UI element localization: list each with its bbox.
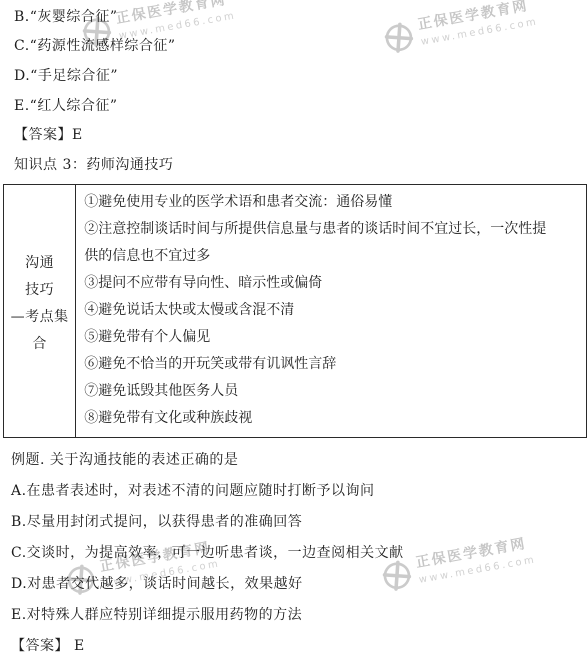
document-page: 正保医学教育网 www.med66.com 正保医学教育网 www.med66.…	[0, 0, 587, 654]
table-point-3: ③提问不应带有导向性、暗示性或偏倚	[84, 270, 554, 297]
document-content: B.“灰婴综合征” C.“药源性流感样综合征” D.“手足综合征” E.“红人综…	[0, 0, 587, 654]
table-point-6: ⑥避免不恰当的开玩笑或带有讥讽性言辞	[84, 351, 554, 378]
option-line-d: D.对患者交代越多，谈话时间越长，效果越好	[11, 567, 404, 598]
option-line-e: E.“红人综合征”	[14, 90, 175, 120]
row-label-line: 技巧	[4, 277, 75, 304]
option-line-c: C.“药源性流感样综合征”	[14, 31, 175, 61]
table-row-label-cell: 沟通 技巧 —考点集 合	[4, 185, 76, 438]
row-label-line: 合	[4, 331, 75, 358]
table-point-1: ①避免使用专业的医学术语和患者交流：通俗易懂	[84, 189, 554, 216]
example-question-stem: 例题. 关于沟通技能的表述正确的是	[11, 443, 404, 474]
question1-section: B.“灰婴综合征” C.“药源性流感样综合征” D.“手足综合征” E.“红人综…	[14, 1, 175, 179]
option-line-d: D.“手足综合征”	[14, 60, 175, 90]
row-label-line: —考点集	[4, 304, 75, 331]
table-point-4: ④避免说话太快或太慢或含混不清	[84, 297, 554, 324]
row-label-line: 沟通	[4, 250, 75, 277]
table-row: 沟通 技巧 —考点集 合 ①避免使用专业的医学术语和患者交流：通俗易懂 ②注意控…	[4, 185, 587, 438]
knowledge-point-heading: 知识点 3：药师沟通技巧	[14, 149, 175, 179]
option-line-e: E.对特殊人群应特别详细提示服用药物的方法	[11, 598, 404, 629]
table-point-8: ⑧避免带有文化或种族歧视	[84, 405, 554, 432]
table-point-2: ②注意控制谈话时间与所提供信息量与患者的谈话时间不宜过长，一次性提供的信息也不宜…	[84, 216, 554, 270]
option-line-c: C.交谈时，为提高效率，可一边听患者谈，一边查阅相关文献	[11, 536, 404, 567]
option-line-a: A.在患者表述时，对表述不清的问题应随时打断予以询问	[11, 474, 404, 505]
knowledge-point-table: 沟通 技巧 —考点集 合 ①避免使用专业的医学术语和患者交流：通俗易懂 ②注意控…	[3, 184, 587, 438]
option-line-b: B.“灰婴综合征”	[14, 1, 175, 31]
answer-line: 【答案】 E	[11, 629, 404, 654]
table-point-7: ⑦避免诋毁其他医务人员	[84, 378, 554, 405]
example-question-section: 例题. 关于沟通技能的表述正确的是 A.在患者表述时，对表述不清的问题应随时打断…	[11, 443, 404, 654]
table-points-cell: ①避免使用专业的医学术语和患者交流：通俗易懂 ②注意控制谈话时间与所提供信息量与…	[76, 185, 587, 438]
answer-line: 【答案】E	[14, 119, 175, 149]
option-line-b: B.尽量用封闭式提问，以获得患者的准确回答	[11, 505, 404, 536]
table-point-5: ⑤避免带有个人偏见	[84, 324, 554, 351]
